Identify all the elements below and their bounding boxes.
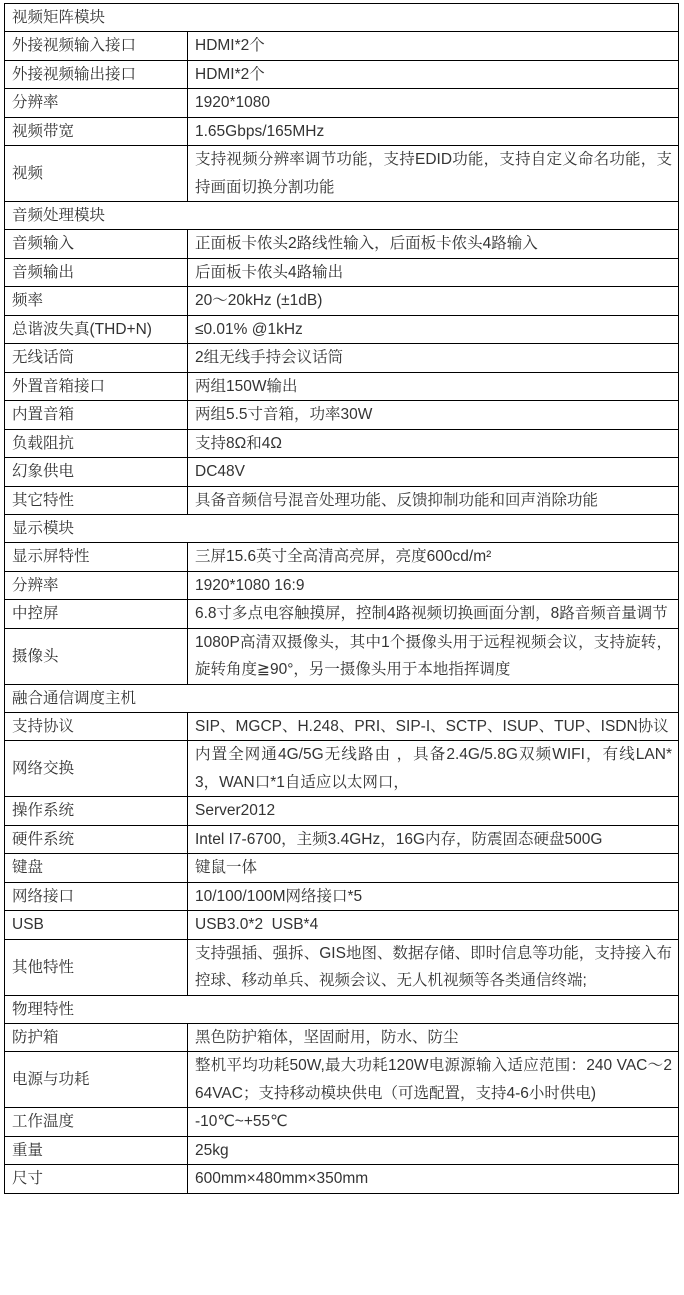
spec-value: HDMI*2个 bbox=[195, 32, 672, 60]
spec-value: 两组5.5寸音箱，功率30W bbox=[195, 401, 672, 429]
spec-value-cell: 10/100/100M网络接口*5 bbox=[188, 883, 678, 911]
spec-value-cell: SIP、MGCP、H.248、PRI、SIP-I、SCTP、ISUP、TUP、I… bbox=[188, 713, 678, 741]
spec-value: 三屏15.6英寸全高清高亮屏，亮度600cd/m² bbox=[195, 543, 672, 571]
spec-value: Intel I7-6700，主频3.4GHz，16G内存，防震固态硬盘500G bbox=[195, 826, 672, 854]
spec-value-cell: DC48V bbox=[188, 458, 678, 486]
spec-value-cell: 正面板卡侬头2路线性输入，后面板卡侬头4路输入 bbox=[188, 230, 678, 258]
spec-label-cell: 网络接口 bbox=[5, 883, 188, 911]
table-row: 显示屏特性三屏15.6英寸全高清高亮屏，亮度600cd/m² bbox=[5, 542, 678, 571]
spec-value: 1080P高清双摄像头，其中1个摄像头用于远程视频会议，支持旋转，旋转角度≧90… bbox=[195, 629, 672, 684]
spec-label-cell: 频率 bbox=[5, 287, 188, 315]
table-row: 音频输入正面板卡侬头2路线性输入，后面板卡侬头4路输入 bbox=[5, 229, 678, 258]
spec-label: 摄像头 bbox=[12, 643, 59, 670]
spec-value: ≤0.01% @1kHz bbox=[195, 316, 672, 344]
spec-label: 外接视频输入接口 bbox=[12, 32, 136, 59]
spec-label: 视频 bbox=[12, 160, 43, 187]
spec-label-cell: 外接视频输出接口 bbox=[5, 61, 188, 89]
spec-value-cell: 键鼠一体 bbox=[188, 854, 678, 882]
spec-value: 1920*1080 bbox=[195, 89, 672, 117]
section-title: 音频处理模块 bbox=[12, 202, 105, 229]
spec-value: 1920*1080 16:9 bbox=[195, 572, 672, 600]
spec-label-cell: 电源与功耗 bbox=[5, 1052, 188, 1107]
spec-value-cell: -10℃~+55℃ bbox=[188, 1108, 678, 1136]
table-row: 键盘键鼠一体 bbox=[5, 853, 678, 882]
spec-label-cell: 内置音箱 bbox=[5, 401, 188, 429]
spec-value-cell: 支持视频分辨率调节功能，支持EDID功能，支持自定义命名功能，支持画面切换分割功… bbox=[188, 146, 678, 201]
spec-value-cell: HDMI*2个 bbox=[188, 61, 678, 89]
spec-label-cell: 分辨率 bbox=[5, 572, 188, 600]
spec-label-cell: 显示屏特性 bbox=[5, 543, 188, 571]
spec-label: 工作温度 bbox=[12, 1108, 74, 1135]
spec-value: 支持8Ω和4Ω bbox=[195, 430, 672, 458]
spec-value: USB3.0*2 USB*4 bbox=[195, 911, 672, 939]
spec-label-cell: 摄像头 bbox=[5, 629, 188, 684]
table-row: 电源与功耗整机平均功耗50W,最大功耗120W电源源输入适应范围：240 VAC… bbox=[5, 1051, 678, 1107]
table-row: 重量25kg bbox=[5, 1136, 678, 1165]
table-row: 工作温度-10℃~+55℃ bbox=[5, 1107, 678, 1136]
spec-label: 幻象供电 bbox=[12, 458, 74, 485]
table-row: 防护箱黑色防护箱体，坚固耐用，防水、防尘 bbox=[5, 1023, 678, 1052]
spec-value-cell: HDMI*2个 bbox=[188, 32, 678, 60]
spec-label: 视频带宽 bbox=[12, 118, 74, 145]
table-row: 支持协议SIP、MGCP、H.248、PRI、SIP-I、SCTP、ISUP、T… bbox=[5, 712, 678, 741]
spec-label-cell: 负载阻抗 bbox=[5, 430, 188, 458]
spec-value-cell: USB3.0*2 USB*4 bbox=[188, 911, 678, 939]
table-row: 视频带宽1.65Gbps/165MHz bbox=[5, 117, 678, 146]
spec-value: 两组150W输出 bbox=[195, 373, 672, 401]
spec-value: 6.8寸多点电容触摸屏，控制4路视频切换画面分割，8路音频音量调节 bbox=[195, 600, 672, 628]
spec-value-cell: 1080P高清双摄像头，其中1个摄像头用于远程视频会议，支持旋转，旋转角度≧90… bbox=[188, 629, 678, 684]
spec-label-cell: 其它特性 bbox=[5, 487, 188, 515]
table-row: 视频支持视频分辨率调节功能，支持EDID功能，支持自定义命名功能，支持画面切换分… bbox=[5, 145, 678, 201]
table-row: 中控屏6.8寸多点电容触摸屏，控制4路视频切换画面分割，8路音频音量调节 bbox=[5, 599, 678, 628]
spec-value: 支持强插、强拆、GIS地图、数据存储、即时信息等功能，支持接入布控球、移动单兵、… bbox=[195, 940, 672, 995]
spec-value-cell: 1.65Gbps/165MHz bbox=[188, 118, 678, 146]
spec-label: 网络接口 bbox=[12, 883, 74, 910]
table-row: 分辨率1920*1080 bbox=[5, 88, 678, 117]
table-row: 尺寸600mm×480mm×350mm bbox=[5, 1164, 678, 1193]
section-title: 显示模块 bbox=[12, 515, 74, 542]
spec-label-cell: 分辨率 bbox=[5, 89, 188, 117]
table-row: 摄像头1080P高清双摄像头，其中1个摄像头用于远程视频会议，支持旋转，旋转角度… bbox=[5, 628, 678, 684]
spec-value: HDMI*2个 bbox=[195, 61, 672, 89]
spec-value: 10/100/100M网络接口*5 bbox=[195, 883, 672, 911]
spec-label-cell: 外接视频输入接口 bbox=[5, 32, 188, 60]
section-title: 视频矩阵模块 bbox=[12, 4, 105, 31]
section-header-row: 融合通信调度主机 bbox=[5, 684, 678, 712]
spec-value: 2组无线手持会议话筒 bbox=[195, 344, 672, 372]
spec-label: 键盘 bbox=[12, 854, 43, 881]
spec-label-cell: 键盘 bbox=[5, 854, 188, 882]
spec-label: 其它特性 bbox=[12, 487, 74, 514]
table-row: 分辨率1920*1080 16:9 bbox=[5, 571, 678, 600]
spec-label: 尺寸 bbox=[12, 1165, 43, 1192]
section-header-row: 视频矩阵模块 bbox=[5, 4, 678, 31]
spec-value: 后面板卡侬头4路输出 bbox=[195, 259, 672, 287]
spec-value-cell: 三屏15.6英寸全高清高亮屏，亮度600cd/m² bbox=[188, 543, 678, 571]
spec-value: 600mm×480mm×350mm bbox=[195, 1165, 672, 1193]
table-row: 总谐波失真(THD+N)≤0.01% @1kHz bbox=[5, 315, 678, 344]
spec-value: 黑色防护箱体，坚固耐用，防水、防尘 bbox=[195, 1024, 672, 1052]
spec-label: 分辨率 bbox=[12, 89, 59, 116]
spec-value: 正面板卡侬头2路线性输入，后面板卡侬头4路输入 bbox=[195, 230, 672, 258]
spec-value-cell: 6.8寸多点电容触摸屏，控制4路视频切换画面分割，8路音频音量调节 bbox=[188, 600, 678, 628]
spec-label-cell: 防护箱 bbox=[5, 1024, 188, 1052]
spec-label: 音频输出 bbox=[12, 259, 74, 286]
spec-value: 1.65Gbps/165MHz bbox=[195, 118, 672, 146]
section-header-row: 显示模块 bbox=[5, 514, 678, 542]
spec-label: 支持协议 bbox=[12, 713, 74, 740]
spec-label-cell: 音频输入 bbox=[5, 230, 188, 258]
spec-value-cell: 1920*1080 16:9 bbox=[188, 572, 678, 600]
spec-value: SIP、MGCP、H.248、PRI、SIP-I、SCTP、ISUP、TUP、I… bbox=[195, 713, 672, 741]
table-row: 内置音箱两组5.5寸音箱，功率30W bbox=[5, 400, 678, 429]
spec-label-cell: 重量 bbox=[5, 1137, 188, 1165]
spec-value: Server2012 bbox=[195, 797, 672, 825]
spec-value: 具备音频信号混音处理功能、反馈抑制功能和回声消除功能 bbox=[195, 487, 672, 515]
spec-value: 25kg bbox=[195, 1137, 672, 1165]
spec-value: -10℃~+55℃ bbox=[195, 1108, 672, 1136]
spec-label: 音频输入 bbox=[12, 230, 74, 257]
spec-label-cell: 工作温度 bbox=[5, 1108, 188, 1136]
spec-value: 键鼠一体 bbox=[195, 854, 672, 882]
table-row: 频率20～20kHz (±1dB) bbox=[5, 286, 678, 315]
spec-label-cell: 总谐波失真(THD+N) bbox=[5, 316, 188, 344]
spec-label: 硬件系统 bbox=[12, 826, 74, 853]
spec-table: 视频矩阵模块外接视频输入接口HDMI*2个外接视频输出接口HDMI*2个分辨率1… bbox=[4, 3, 679, 1194]
spec-label-cell: 幻象供电 bbox=[5, 458, 188, 486]
spec-label: 总谐波失真(THD+N) bbox=[12, 316, 152, 343]
spec-label: 操作系统 bbox=[12, 797, 74, 824]
table-row: 幻象供电DC48V bbox=[5, 457, 678, 486]
spec-label: 电源与功耗 bbox=[12, 1066, 90, 1093]
spec-label-cell: 其他特性 bbox=[5, 940, 188, 995]
spec-value-cell: ≤0.01% @1kHz bbox=[188, 316, 678, 344]
section-title: 物理特性 bbox=[12, 996, 74, 1023]
spec-value-cell: 内置全网通4G/5G无线路由 ，具备2.4G/5.8G双频WIFI，有线LAN*… bbox=[188, 741, 678, 796]
spec-value: 整机平均功耗50W,最大功耗120W电源源输入适应范围：240 VAC〜264V… bbox=[195, 1052, 672, 1107]
table-row: 操作系统Server2012 bbox=[5, 796, 678, 825]
spec-value-cell: 2组无线手持会议话筒 bbox=[188, 344, 678, 372]
spec-value-cell: 具备音频信号混音处理功能、反馈抑制功能和回声消除功能 bbox=[188, 487, 678, 515]
section-header-row: 物理特性 bbox=[5, 995, 678, 1023]
spec-label: 外接视频输出接口 bbox=[12, 61, 136, 88]
spec-label-cell: 外置音箱接口 bbox=[5, 373, 188, 401]
spec-value-cell: 600mm×480mm×350mm bbox=[188, 1165, 678, 1193]
table-row: USBUSB3.0*2 USB*4 bbox=[5, 910, 678, 939]
spec-value: 支持视频分辨率调节功能，支持EDID功能，支持自定义命名功能，支持画面切换分割功… bbox=[195, 146, 672, 201]
spec-label-cell: 中控屏 bbox=[5, 600, 188, 628]
table-row: 外置音箱接口两组150W输出 bbox=[5, 372, 678, 401]
spec-label-cell: 无线话筒 bbox=[5, 344, 188, 372]
spec-label: 其他特性 bbox=[12, 954, 74, 981]
page: 视频矩阵模块外接视频输入接口HDMI*2个外接视频输出接口HDMI*2个分辨率1… bbox=[0, 0, 684, 1295]
spec-label-cell: 操作系统 bbox=[5, 797, 188, 825]
spec-label-cell: 网络交换 bbox=[5, 741, 188, 796]
spec-value-cell: 整机平均功耗50W,最大功耗120W电源源输入适应范围：240 VAC〜264V… bbox=[188, 1052, 678, 1107]
spec-label: 网络交换 bbox=[12, 755, 74, 782]
section-header-row: 音频处理模块 bbox=[5, 201, 678, 229]
spec-label: USB bbox=[12, 911, 44, 938]
table-row: 无线话筒2组无线手持会议话筒 bbox=[5, 343, 678, 372]
spec-label: 负载阻抗 bbox=[12, 430, 74, 457]
spec-label-cell: 支持协议 bbox=[5, 713, 188, 741]
spec-value-cell: 两组5.5寸音箱，功率30W bbox=[188, 401, 678, 429]
spec-label-cell: 音频输出 bbox=[5, 259, 188, 287]
table-row: 网络接口10/100/100M网络接口*5 bbox=[5, 882, 678, 911]
spec-value-cell: 支持8Ω和4Ω bbox=[188, 430, 678, 458]
spec-value-cell: 支持强插、强拆、GIS地图、数据存储、即时信息等功能，支持接入布控球、移动单兵、… bbox=[188, 940, 678, 995]
spec-label: 频率 bbox=[12, 287, 43, 314]
spec-label: 分辨率 bbox=[12, 572, 59, 599]
section-title: 融合通信调度主机 bbox=[12, 685, 136, 712]
spec-value-cell: 20～20kHz (±1dB) bbox=[188, 287, 678, 315]
spec-value-cell: 两组150W输出 bbox=[188, 373, 678, 401]
spec-label-cell: 尺寸 bbox=[5, 1165, 188, 1193]
table-row: 其它特性具备音频信号混音处理功能、反馈抑制功能和回声消除功能 bbox=[5, 486, 678, 515]
spec-value-cell: 后面板卡侬头4路输出 bbox=[188, 259, 678, 287]
table-row: 外接视频输出接口HDMI*2个 bbox=[5, 60, 678, 89]
spec-label: 防护箱 bbox=[12, 1024, 59, 1051]
spec-value: 20～20kHz (±1dB) bbox=[195, 287, 672, 315]
table-row: 网络交换内置全网通4G/5G无线路由 ，具备2.4G/5.8G双频WIFI，有线… bbox=[5, 740, 678, 796]
spec-label: 中控屏 bbox=[12, 600, 59, 627]
spec-value-cell: 1920*1080 bbox=[188, 89, 678, 117]
table-row: 其他特性支持强插、强拆、GIS地图、数据存储、即时信息等功能，支持接入布控球、移… bbox=[5, 939, 678, 995]
spec-label-cell: 视频带宽 bbox=[5, 118, 188, 146]
spec-label-cell: USB bbox=[5, 911, 188, 939]
spec-value-cell: 25kg bbox=[188, 1137, 678, 1165]
spec-value-cell: 黑色防护箱体，坚固耐用，防水、防尘 bbox=[188, 1024, 678, 1052]
table-row: 负载阻抗支持8Ω和4Ω bbox=[5, 429, 678, 458]
spec-label: 无线话筒 bbox=[12, 344, 74, 371]
spec-label: 显示屏特性 bbox=[12, 543, 90, 570]
spec-label-cell: 视频 bbox=[5, 146, 188, 201]
spec-label: 内置音箱 bbox=[12, 401, 74, 428]
spec-label-cell: 硬件系统 bbox=[5, 826, 188, 854]
spec-value: DC48V bbox=[195, 458, 672, 486]
spec-value-cell: Server2012 bbox=[188, 797, 678, 825]
spec-value: 内置全网通4G/5G无线路由 ，具备2.4G/5.8G双频WIFI，有线LAN*… bbox=[195, 741, 672, 796]
spec-value-cell: Intel I7-6700，主频3.4GHz，16G内存，防震固态硬盘500G bbox=[188, 826, 678, 854]
spec-label: 外置音箱接口 bbox=[12, 373, 105, 400]
table-row: 硬件系统Intel I7-6700，主频3.4GHz，16G内存，防震固态硬盘5… bbox=[5, 825, 678, 854]
spec-label: 重量 bbox=[12, 1137, 43, 1164]
table-row: 外接视频输入接口HDMI*2个 bbox=[5, 31, 678, 60]
table-row: 音频输出后面板卡侬头4路输出 bbox=[5, 258, 678, 287]
